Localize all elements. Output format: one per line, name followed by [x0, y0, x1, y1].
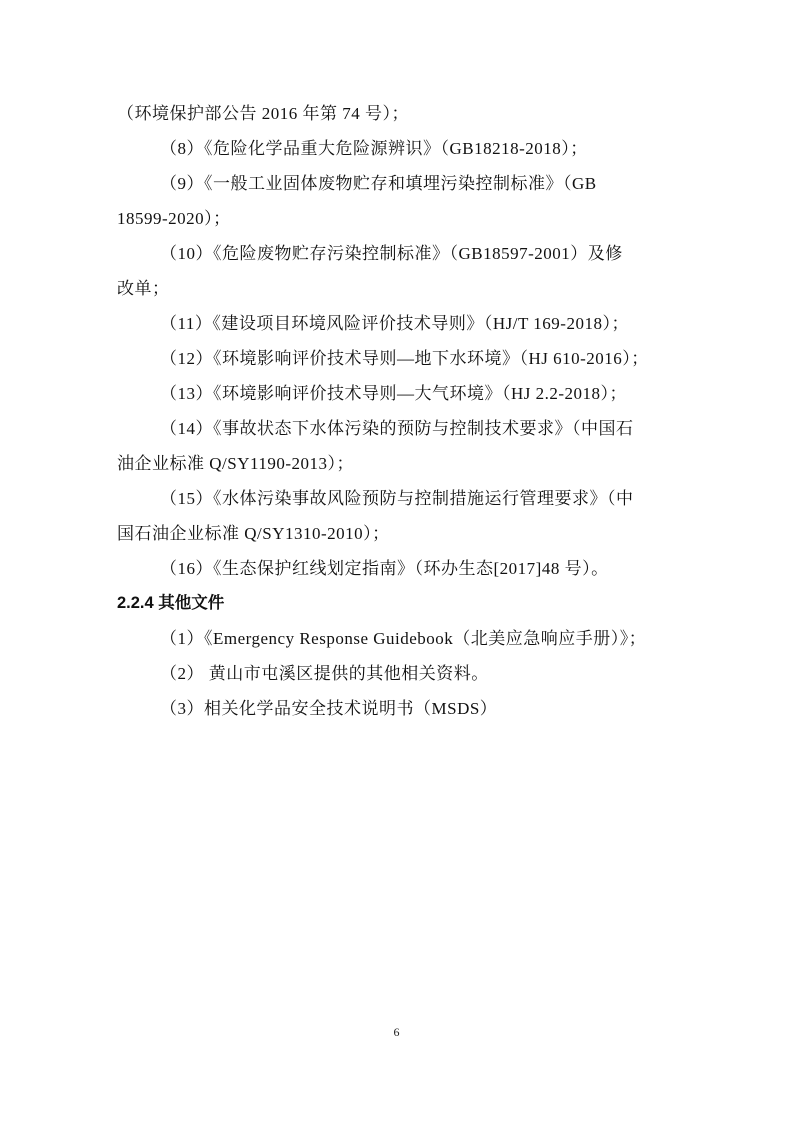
section-heading-other-files: 2.2.4 其他文件: [117, 586, 669, 621]
reference-line-7-continuation: （环境保护部公告 2016 年第 74 号）；: [117, 96, 669, 131]
other-file-item-1: （1）《Emergency Response Guidebook（北美应急响应手…: [117, 621, 669, 656]
other-file-item-2: （2） 黄山市屯溪区提供的其他相关资料。: [117, 656, 669, 691]
reference-item-15: （15）《水体污染事故风险预防与控制措施运行管理要求》（中: [117, 481, 669, 516]
other-file-item-3: （3）相关化学品安全技术说明书（MSDS）: [117, 691, 669, 726]
reference-item-16: （16）《生态保护红线划定指南》（环办生态[2017]48 号）。: [117, 551, 669, 586]
page-number: 6: [0, 1025, 793, 1040]
document-page: （环境保护部公告 2016 年第 74 号）； （8）《危险化学品重大危险源辨识…: [117, 96, 669, 726]
reference-item-10: （10）《危险废物贮存污染控制标准》（GB18597-2001）及修: [117, 236, 669, 271]
reference-item-14-continuation: 油企业标准 Q/SY1190-2013）；: [117, 446, 669, 481]
reference-item-14: （14）《事故状态下水体污染的预防与控制技术要求》（中国石: [117, 411, 669, 446]
reference-item-11: （11）《建设项目环境风险评价技术导则》（HJ/T 169-2018）；: [117, 306, 669, 341]
reference-item-12: （12）《环境影响评价技术导则—地下水环境》（HJ 610-2016）；: [117, 341, 669, 376]
reference-item-10-continuation: 改单；: [117, 271, 669, 306]
reference-item-9: （9）《一般工业固体废物贮存和填埋污染控制标准》（GB: [117, 166, 669, 201]
reference-item-13: （13）《环境影响评价技术导则—大气环境》（HJ 2.2-2018）；: [117, 376, 669, 411]
reference-item-15-continuation: 国石油企业标准 Q/SY1310-2010）；: [117, 516, 669, 551]
reference-item-8: （8）《危险化学品重大危险源辨识》（GB18218-2018）；: [117, 131, 669, 166]
reference-item-9-continuation: 18599-2020）；: [117, 201, 669, 236]
